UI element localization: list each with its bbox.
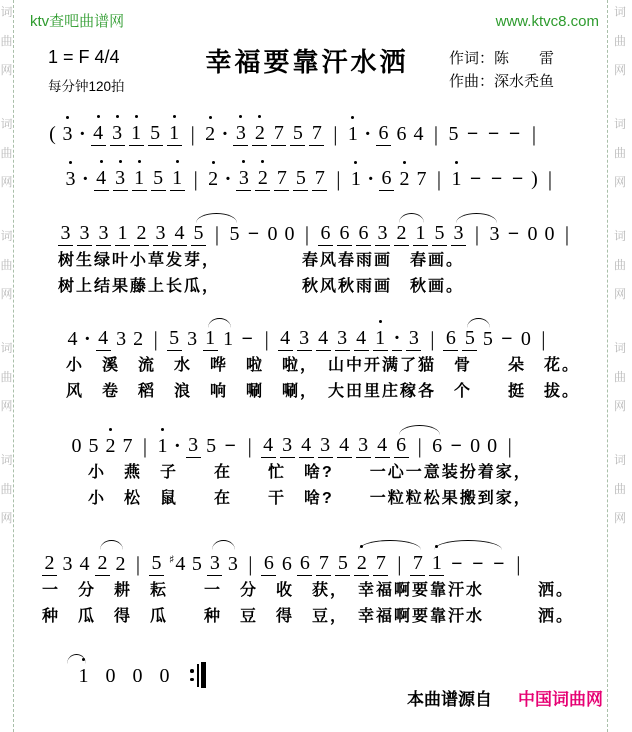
bar-line: | (214, 222, 220, 246)
note: 5 (293, 166, 308, 191)
bar-line: | (396, 552, 402, 576)
note: 5 (448, 122, 459, 146)
note: 0 (71, 434, 82, 458)
bar-line: | (135, 552, 141, 576)
lyric-row: 树生绿叶小草发芽， 春风春雨画 春画。 (58, 249, 599, 272)
bar-line: | (429, 327, 435, 351)
watermark-group: 词曲网 (614, 454, 626, 524)
duration-dash: − (510, 167, 525, 191)
note: 5 (88, 434, 99, 458)
note: 7 (373, 551, 388, 576)
duration-dash: − (465, 122, 480, 146)
note: 2 (208, 167, 219, 191)
duration-dash: − (240, 327, 255, 351)
note: 3 (236, 166, 251, 191)
note: 5 (229, 222, 240, 246)
bar-line: | (335, 167, 341, 191)
note: 3 (186, 433, 201, 458)
note: 2 (394, 221, 409, 246)
note: 6 (318, 221, 333, 246)
lyric-row: 种 瓜 得 瓜 种 豆 得 豆， 幸福啊要靠汗水 洒。 (42, 605, 599, 628)
bar-line: | (417, 434, 423, 458)
duration-dash: − (246, 222, 261, 246)
note: 6 (432, 434, 443, 458)
note: 4 (79, 552, 90, 576)
footer-source-label: 本曲谱源自 (407, 685, 492, 710)
duration-dash: − (468, 167, 483, 191)
duration-dash: − (491, 552, 506, 576)
note: 1 (451, 167, 462, 191)
repeat-end-barline (190, 662, 206, 688)
note: 7 (309, 121, 324, 146)
note: 0 (105, 664, 116, 688)
music-line: 1000 (70, 652, 599, 688)
note: 4 (316, 326, 331, 351)
note: 2 (105, 434, 116, 458)
note: 2 (134, 221, 149, 246)
bar-line: | (531, 122, 537, 146)
lyricist-credit: 作词：陈 雷 (449, 47, 599, 70)
note: 1 (203, 326, 218, 351)
note: 3 (58, 221, 73, 246)
note: 3 (116, 327, 127, 351)
site-header: ktv查吧曲谱网 www.ktvc8.com (30, 10, 599, 31)
note: 2 (205, 122, 216, 146)
note: 3 (62, 552, 73, 576)
note: 1 (78, 664, 89, 688)
watermark-group: 词曲网 (0, 454, 12, 524)
note: 5 (206, 434, 217, 458)
note: 1 (223, 327, 234, 351)
augmentation-dot: · (79, 122, 86, 146)
note: 3 (187, 327, 198, 351)
slur-arc (467, 318, 490, 328)
note: 7 (274, 166, 289, 191)
credits-block: 作词：陈 雷 作曲：深水秃鱼 (449, 47, 599, 93)
bar-line: | (564, 222, 570, 246)
note: 4 (337, 433, 352, 458)
watermark-group: 词曲网 (614, 118, 626, 188)
music-line: 3·43151|2·32757|1·627|1−−−)| (62, 156, 599, 191)
slur-arc (208, 318, 231, 328)
notation-area: (3·43151|2·32757|1·664|5−−−|3·43151|2·32… (30, 111, 599, 688)
music-line: 23422|5♯4533|6667527|71−−−|一 分 耕 耘 一 分 收… (40, 538, 599, 628)
note: 6 (394, 433, 409, 458)
music-line: (3·43151|2·32757|1·664|5−−−| (46, 111, 599, 146)
note: 5 (167, 326, 182, 351)
augmentation-dot: · (364, 122, 371, 146)
note: 2 (354, 551, 369, 576)
song-title: 幸福要靠汗水洒 (165, 47, 449, 77)
key-signature: 1 = F 4/4 (48, 47, 165, 68)
note: 3 (65, 167, 76, 191)
note: 4 (94, 166, 109, 191)
duration-dash: − (499, 327, 514, 351)
note: 7 (312, 166, 327, 191)
note: 5 (482, 327, 493, 351)
watermark-group: 词曲网 (0, 342, 12, 412)
augmentation-dot: · (84, 327, 91, 351)
note: 3 (153, 221, 168, 246)
slur-arc (212, 540, 235, 550)
note: 5 (149, 551, 164, 576)
note: 7 (122, 434, 133, 458)
augmentation-dot: · (222, 122, 229, 146)
note: 5 (335, 551, 350, 576)
note: 3 (96, 221, 111, 246)
note: 1 (373, 326, 388, 351)
watermark-left: 词曲网词曲网词曲网词曲网词曲网 (0, 0, 14, 732)
note: 6 (356, 221, 371, 246)
bar-line: | (190, 122, 196, 146)
note: 0 (487, 434, 498, 458)
note: 6 (261, 551, 276, 576)
note: 1 (347, 122, 358, 146)
slur-arc (456, 213, 497, 223)
bar-line: | (193, 167, 199, 191)
note: 0 (284, 222, 295, 246)
note: 5 (191, 552, 202, 576)
duration-dash: − (223, 434, 238, 458)
note: 1 (115, 221, 130, 246)
note: 0 (132, 664, 143, 688)
slur-arc (399, 425, 440, 435)
duration-dash: − (486, 122, 501, 146)
bar-line: | (153, 327, 159, 351)
augmentation-dot: · (392, 326, 403, 351)
lyric-row: 一 分 耕 耘 一 分 收 获， 幸福啊要靠汗水 洒。 (42, 579, 599, 602)
bar-line: | (433, 122, 439, 146)
lyric-row: 树上结果藤上长瓜， 秋风秋雨画 秋画。 (58, 275, 599, 298)
bar-line: | (247, 434, 253, 458)
note: 7 (316, 551, 331, 576)
bar-line: | (507, 434, 513, 458)
note: 0 (267, 222, 278, 246)
note: 3 (227, 552, 238, 576)
slur-arc (67, 654, 86, 664)
note: 7 (410, 551, 425, 576)
note: ♯4 (169, 548, 185, 576)
music-line: 33312345|5−00|66632153|3−00|树生绿叶小草发芽， 春风… (56, 211, 599, 298)
note: 3 (110, 121, 125, 146)
note: 5 (151, 166, 166, 191)
watermark-group: 词曲网 (0, 230, 12, 300)
duration-dash: − (449, 434, 464, 458)
note: 4 (67, 327, 78, 351)
note: 2 (95, 551, 110, 576)
lyric-row: 风 卷 稻 浪 响 唰 唰， 大田里庄稼各 个 挺 拔。 (66, 380, 599, 403)
note: 4 (91, 121, 106, 146)
lyric-row: 小 燕 子 在 忙 啥? 一心一意装扮着家， (88, 461, 599, 484)
note: 0 (520, 327, 531, 351)
note: 1 (350, 167, 361, 191)
note: 5 (148, 121, 163, 146)
title-block: 1 = F 4/4 每分钟120拍 幸福要靠汗水洒 作词：陈 雷 作曲：深水秃鱼 (30, 47, 599, 95)
site-url-link[interactable]: www.ktvc8.com (496, 13, 599, 30)
note: 3 (207, 551, 222, 576)
bar-line: | (142, 434, 148, 458)
note: 3 (280, 433, 295, 458)
duration-dash: − (449, 552, 464, 576)
note: 7 (271, 121, 286, 146)
note: 4 (413, 122, 424, 146)
note: 6 (297, 551, 312, 576)
note: 1 (132, 166, 147, 191)
note: 6 (379, 166, 394, 191)
note: 0 (527, 222, 538, 246)
note: 3 (489, 222, 500, 246)
note: 3 (297, 326, 312, 351)
lyric-row: 小 溪 流 水 哗 啦 啦， 山中开满了猫 骨 朵 花。 (66, 354, 599, 377)
footer-brand-link[interactable]: 中国词曲网 (518, 685, 603, 710)
slur-arc (196, 213, 237, 223)
bar-line: | (247, 552, 253, 576)
note: 3 (233, 121, 248, 146)
note: 6 (376, 121, 391, 146)
note: 1 (157, 434, 168, 458)
note: 2 (399, 167, 410, 191)
watermark-group: 词曲网 (0, 118, 12, 188)
note: 2 (115, 552, 126, 576)
note: 1 (167, 121, 182, 146)
note: 6 (281, 552, 292, 576)
augmentation-dot: · (82, 167, 89, 191)
note: 3 (77, 221, 92, 246)
note: 3 (335, 326, 350, 351)
note: 4 (299, 433, 314, 458)
music-line: 0527|1·35−|43434346|6−00|小 燕 子 在 忙 啥? 一心… (68, 423, 599, 510)
bar-line: | (436, 167, 442, 191)
bar-line: | (474, 222, 480, 246)
note: 0 (470, 434, 481, 458)
bar-line: | (515, 552, 521, 576)
watermark-right: 词曲网词曲网词曲网词曲网词曲网 (607, 0, 632, 732)
note: 6 (396, 122, 407, 146)
bar-line: | (540, 327, 546, 351)
augmentation-dot: · (174, 434, 181, 458)
augmentation-dot: · (225, 167, 232, 191)
duration-dash: − (489, 167, 504, 191)
slur-arc (434, 540, 502, 550)
note: 3 (62, 122, 73, 146)
phrase-paren: ) (531, 167, 538, 191)
note: 3 (318, 433, 333, 458)
watermark-group: 词曲网 (614, 6, 626, 76)
site-name-link[interactable]: ktv查吧曲谱网 (30, 10, 124, 31)
note: 6 (337, 221, 352, 246)
bar-line: | (264, 327, 270, 351)
music-line: 4·432|5311−|434341·3|655−0|小 溪 流 水 哗 啦 啦… (64, 316, 599, 403)
note: 2 (255, 166, 270, 191)
note: 3 (375, 221, 390, 246)
phrase-paren: ( (49, 122, 56, 146)
tempo-marking: 每分钟120拍 (48, 75, 165, 95)
note: 1 (429, 551, 444, 576)
key-tempo-block: 1 = F 4/4 每分钟120拍 (30, 47, 165, 95)
composer-credit: 作曲：深水秃鱼 (449, 70, 599, 93)
note: 2 (133, 327, 144, 351)
note: 4 (278, 326, 293, 351)
slur-arc (399, 213, 424, 223)
note: 4 (261, 433, 276, 458)
note: 0 (544, 222, 555, 246)
watermark-group: 词曲网 (614, 230, 626, 300)
duration-dash: − (507, 122, 522, 146)
note: 5 (191, 221, 206, 246)
note: 4 (354, 326, 369, 351)
duration-dash: − (506, 222, 521, 246)
note: 4 (375, 433, 390, 458)
bar-line: | (332, 122, 338, 146)
note: 0 (159, 664, 170, 688)
note: 4 (96, 326, 111, 351)
footer-credit: 本曲谱源自 中国词曲网 (407, 685, 603, 710)
slur-arc (359, 540, 421, 550)
watermark-group: 词曲网 (0, 6, 12, 76)
note: 3 (406, 326, 421, 351)
note: 6 (443, 326, 458, 351)
watermark-group: 词曲网 (614, 342, 626, 412)
duration-dash: − (470, 552, 485, 576)
sharp-icon: ♯ (169, 553, 174, 566)
note: 3 (451, 221, 466, 246)
note: 3 (113, 166, 128, 191)
augmentation-dot: · (367, 167, 374, 191)
note: 7 (416, 167, 427, 191)
note: 4 (172, 221, 187, 246)
note: 5 (462, 326, 477, 351)
note: 5 (290, 121, 305, 146)
slur-arc (100, 540, 123, 550)
note: 1 (129, 121, 144, 146)
note: 5 (432, 221, 447, 246)
bar-line: | (304, 222, 310, 246)
lyric-row: 小 松 鼠 在 干 啥? 一粒粒松果搬到家， (88, 487, 599, 510)
note: 2 (252, 121, 267, 146)
note: 1 (413, 221, 428, 246)
score-sheet: ktv查吧曲谱网 www.ktvc8.com 1 = F 4/4 每分钟120拍… (14, 0, 607, 732)
note: 2 (42, 551, 57, 576)
note: 3 (356, 433, 371, 458)
note: 1 (170, 166, 185, 191)
bar-line: | (547, 167, 553, 191)
